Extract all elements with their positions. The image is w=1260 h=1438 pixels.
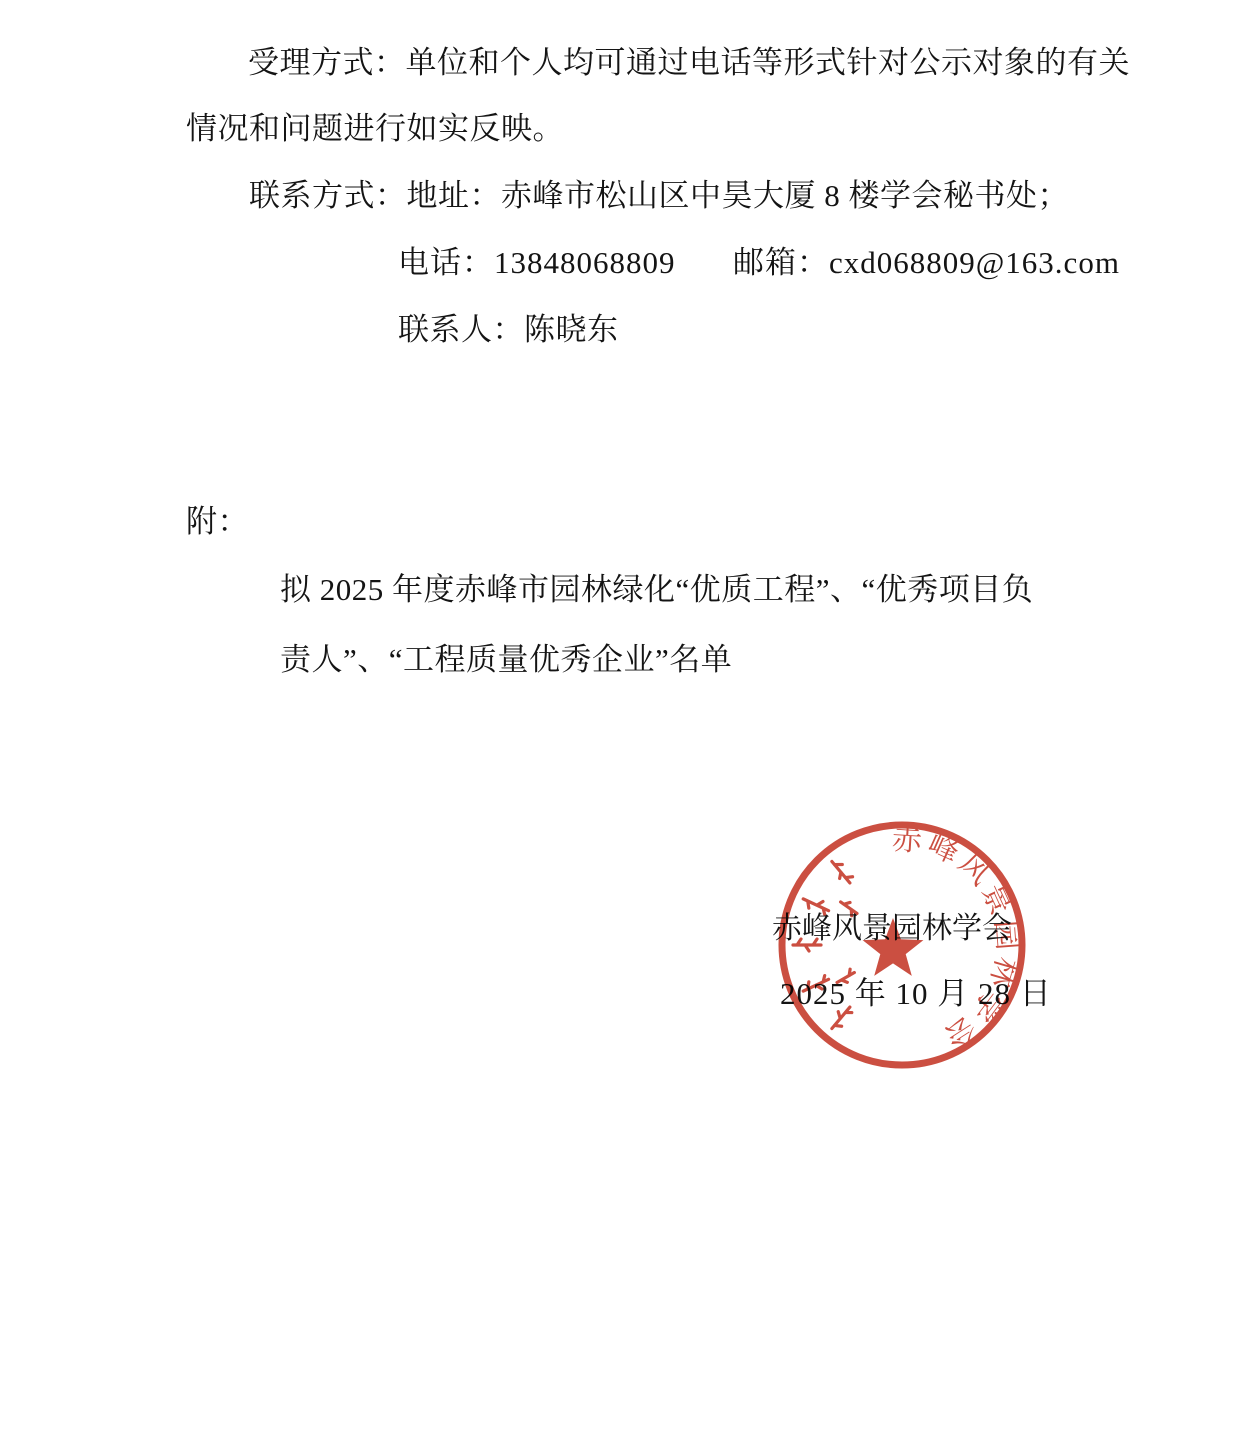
contact-person: 联系人：陈晓东 (398, 311, 619, 348)
mongolian-script-marks (793, 858, 860, 1033)
stamp-arc-text: 赤峰风景园林学会 (891, 823, 1024, 1056)
attachment-title-line-1: 拟 2025 年度赤峰市园林绿化“优质工程”、“优秀项目负 (280, 571, 1033, 608)
acceptance-method-line-1: 受理方式：单位和个人均可通过电话等形式针对公示对象的有关 (248, 44, 1130, 81)
acceptance-method-line-2: 情况和问题进行如实反映。 (186, 110, 564, 147)
stamp-seal-graphic: 赤峰风景园林学会 (760, 803, 1050, 1093)
contact-address-line: 联系方式：地址：赤峰市松山区中昊大厦 8 楼学会秘书处； (249, 177, 1069, 214)
star-icon (863, 918, 924, 976)
document-page: 受理方式：单位和个人均可通过电话等形式针对公示对象的有关 情况和问题进行如实反映… (0, 0, 1260, 1438)
attachment-title-line-2: 责人”、“工程质量优秀企业”名单 (280, 641, 732, 678)
contact-email: 邮箱：cxd068809@163.com (733, 244, 1120, 281)
contact-phone: 电话：13848068809 (398, 244, 676, 281)
official-stamp-seal: 赤峰风景园林学会 (760, 803, 1050, 1093)
attachment-label: 附： (186, 503, 249, 540)
